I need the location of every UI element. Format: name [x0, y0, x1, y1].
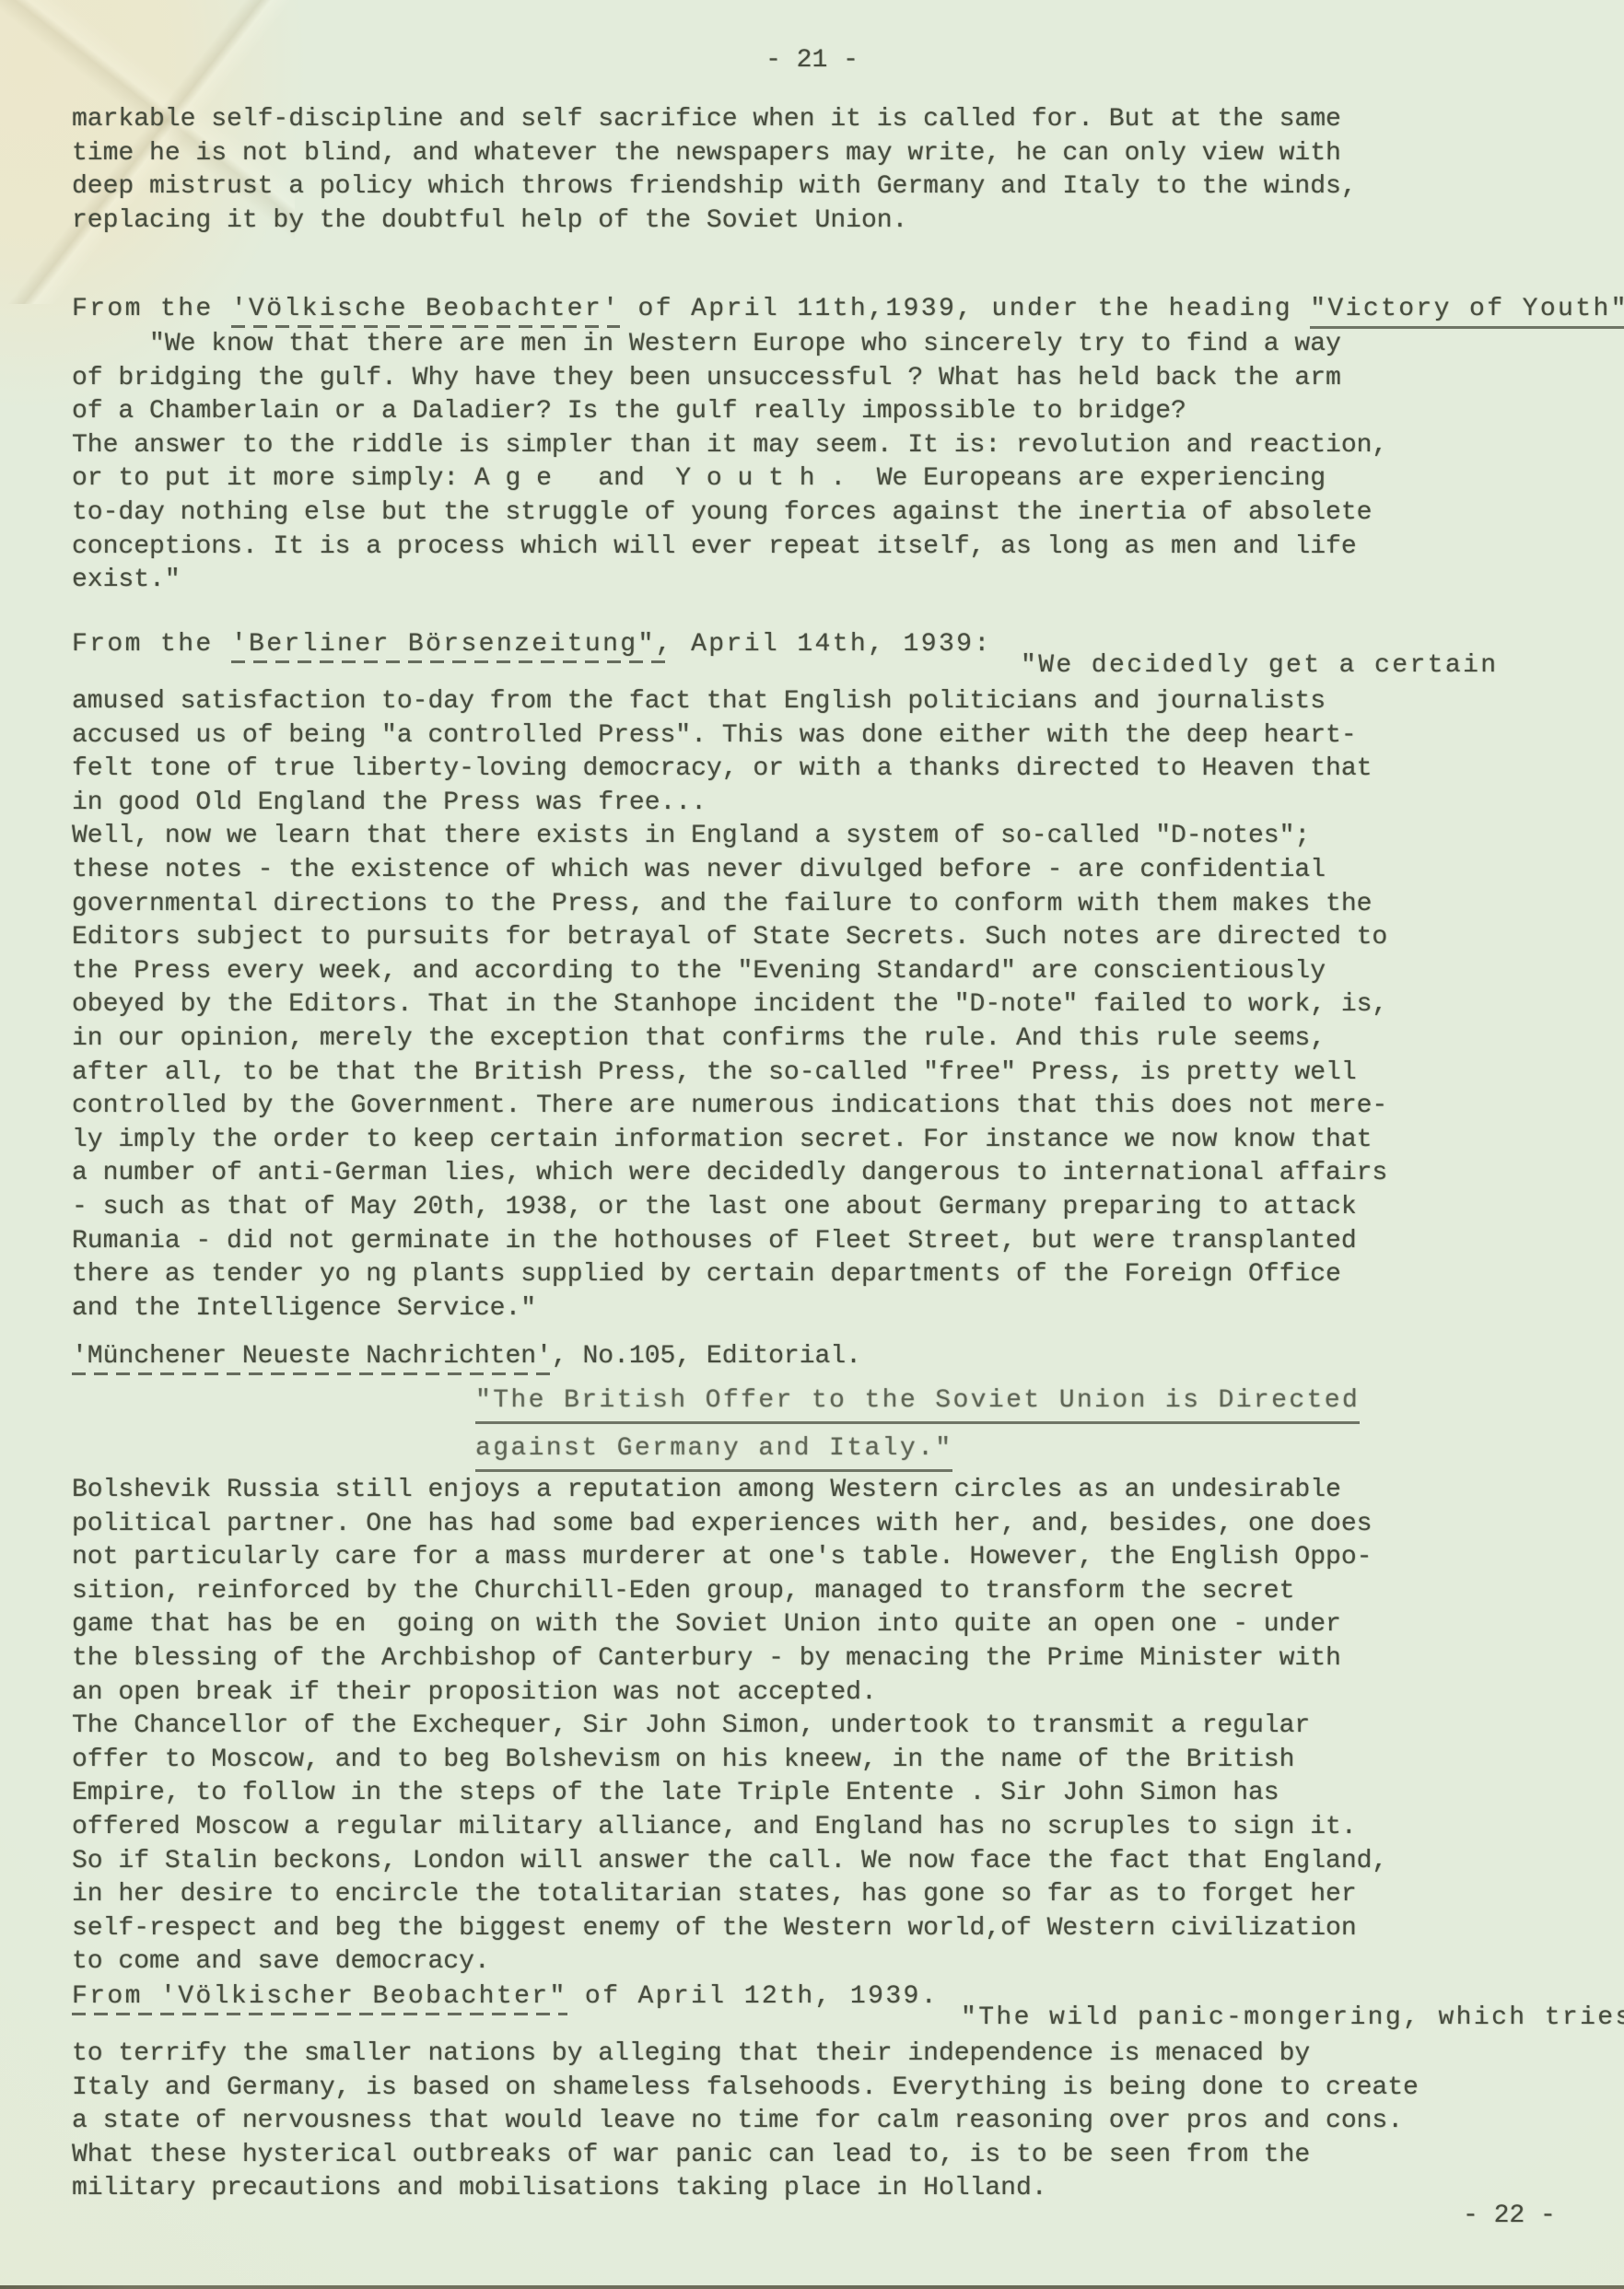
section3-quote-body: amused satisfaction to-day from the fact… — [72, 685, 1387, 1326]
section3-quote-opening: "We decidedly get a certain — [1021, 649, 1498, 683]
section2-heading: From the 'Völkische Beobachter' of April… — [72, 293, 1624, 327]
section4-article-title-line1: "The British Offer to the Soviet Union i… — [475, 1384, 1360, 1424]
section5-quote-body: to terrify the smaller nations by allegi… — [72, 2038, 1419, 2206]
section4-source-title: 'Münchener Neueste Nachrichten' — [72, 1342, 552, 1375]
photo-bottom-edge — [0, 2285, 1624, 2289]
section4-article-title-line2: against Germany and Italy." — [475, 1432, 952, 1472]
section3-source-title: 'Berliner Börsenzeitung", — [231, 630, 673, 663]
page-number-bottom: - 22 - — [1463, 2200, 1556, 2234]
section3-heading: From the 'Berliner Börsenzeitung", April… — [72, 628, 992, 662]
section3-heading-date: April 14th, 1939: — [673, 630, 992, 659]
section2-heading-middle: of April 11th,1939, under the heading — [620, 295, 1310, 323]
section2-source-title: 'Völkische Beobachter' — [231, 295, 620, 328]
section2-quote-body: "We know that there are men in Western E… — [72, 328, 1387, 598]
section4-heading-suffix: , No.105, Editorial. — [552, 1342, 861, 1371]
section4-heading: 'Münchener Neueste Nachrichten', No.105,… — [72, 1340, 861, 1374]
section5-heading: From 'Völkischer Beobachter" of April 12… — [72, 1980, 939, 2015]
page-number-top: - 21 - — [0, 44, 1624, 78]
section3-heading-prefix: From the — [72, 630, 231, 659]
section5-quote-opening: "The wild panic-mongering, which tries — [961, 2002, 1624, 2036]
section2-article-title: "Victory of Youth" — [1310, 295, 1624, 329]
section5-heading-date: of April 12th, 1939. — [567, 1982, 939, 2011]
section5-source-title: From 'Völkischer Beobachter" — [72, 1982, 567, 2015]
section4-editorial-body: Bolshevik Russia still enjoys a reputati… — [72, 1474, 1387, 1980]
scanned-typewritten-page: { "page": { "top_page_number": "- 21 -",… — [0, 0, 1624, 2289]
section2-heading-prefix: From the — [72, 295, 231, 323]
paragraph-continuation: markable self-discipline and self sacrif… — [72, 103, 1357, 238]
